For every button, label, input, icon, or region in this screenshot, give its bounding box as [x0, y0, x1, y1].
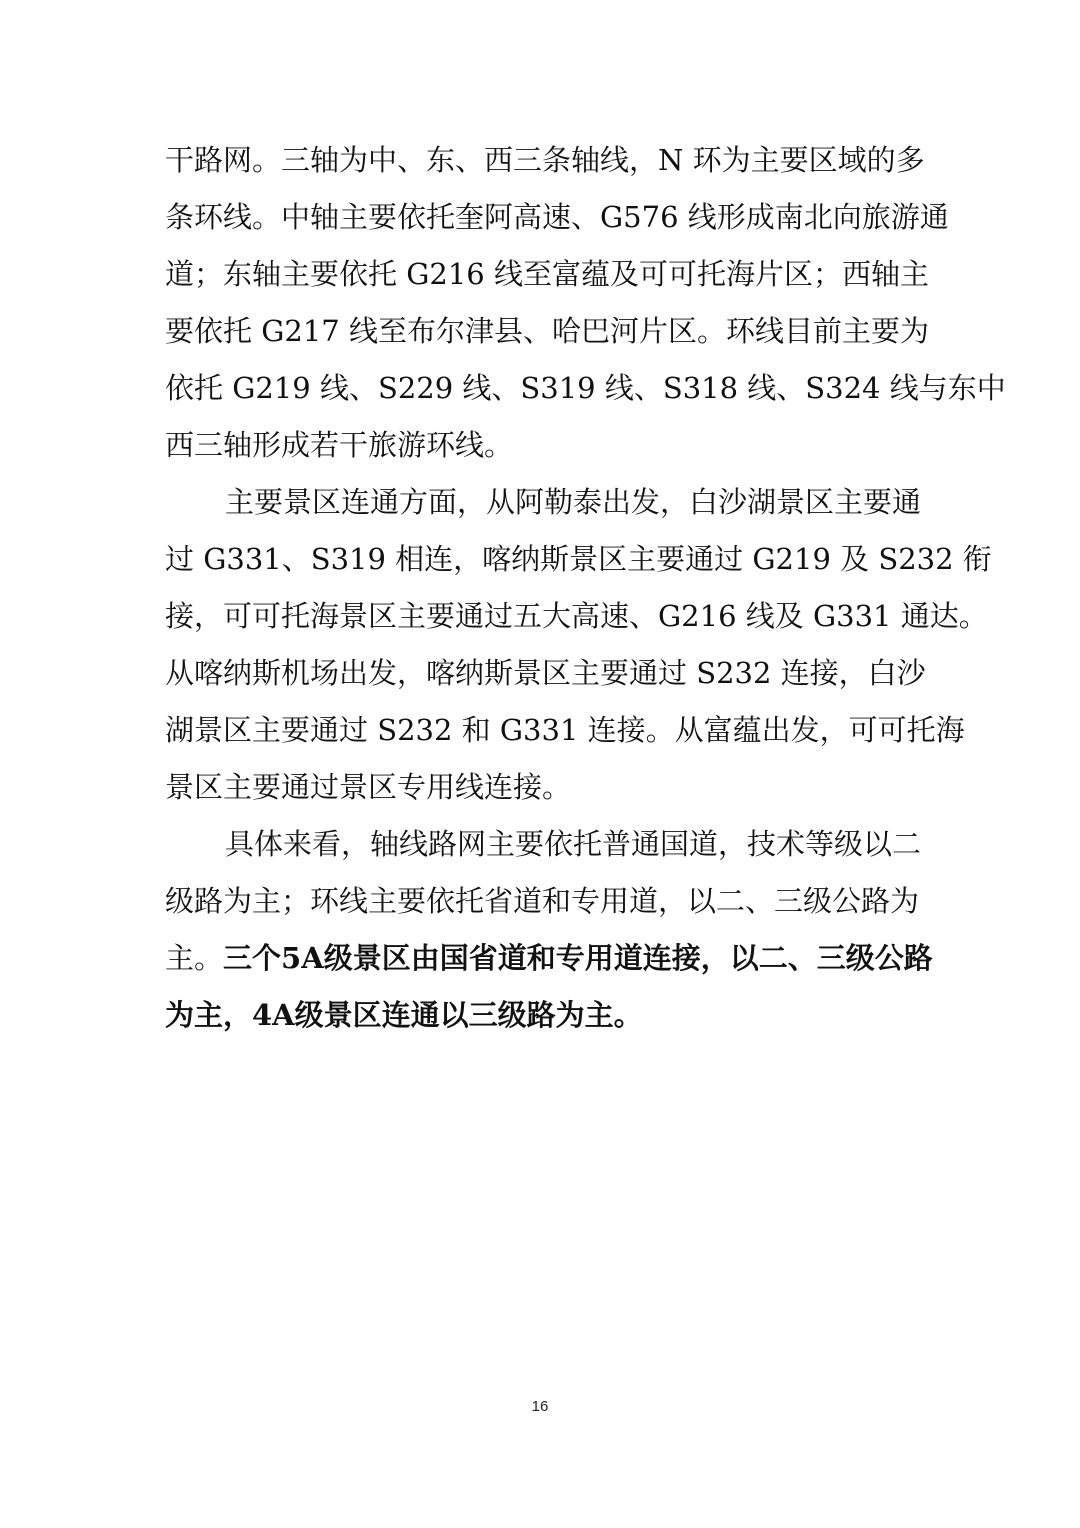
- text-line: 接，可可托海景区主要通过五大高速、G216 线及 G331 通达。: [165, 588, 917, 645]
- text-line: 级路为主；环线主要依托省道和专用道，以二、三级公路为: [165, 873, 917, 930]
- document-page: 干路网。三轴为中、东、西三条轴线，N 环为主要区域的多 条环线。中轴主要依托奎阿…: [0, 0, 1080, 1528]
- text-line: 依托 G219 线、S229 线、S319 线、S318 线、S324 线与东中: [165, 360, 917, 417]
- text-segment: 过 G331、S319 相连，喀纳斯景区主要通过 G219 及 S232 衔: [165, 531, 992, 588]
- text-line: 为主，4A级景区连通以三级路为主。: [165, 987, 917, 1044]
- text-segment: 依托 G219 线、S229 线、S319 线、S318 线、S324 线与东中: [165, 360, 1006, 417]
- text-line: 道；东轴主要依托 G216 线至富蕴及可可托海片区；西轴主: [165, 246, 917, 303]
- text-line: 条环线。中轴主要依托奎阿高速、G576 线形成南北向旅游通: [165, 189, 917, 246]
- text-line: 干路网。三轴为中、东、西三条轴线，N 环为主要区域的多: [165, 132, 917, 189]
- text-segment: 干路网。三轴为中、东、西三条轴线，N 环为主要区域的多: [165, 132, 925, 189]
- text-line: 从喀纳斯机场出发，喀纳斯景区主要通过 S232 连接，白沙: [165, 645, 917, 702]
- text-line: 湖景区主要通过 S232 和 G331 连接。从富蕴出发，可可托海: [165, 702, 917, 759]
- text-segment: 西三轴形成若干旅游环线。: [165, 417, 513, 474]
- bold-text-segment: 三个5A级景区由国省道和专用道连接，以二、三级公路: [223, 930, 933, 987]
- text-segment: 景区主要通过景区专用线连接。: [165, 759, 571, 816]
- page-number: 16: [0, 1398, 1080, 1415]
- text-segment: 从喀纳斯机场出发，喀纳斯景区主要通过 S232 连接，白沙: [165, 645, 926, 702]
- bold-text-segment: 为主，4A级景区连通以三级路为主。: [165, 987, 643, 1044]
- text-segment: 主要景区连通方面，从阿勒泰出发，白沙湖景区主要通: [225, 474, 921, 531]
- text-line: 西三轴形成若干旅游环线。: [165, 417, 917, 474]
- body-text: 干路网。三轴为中、东、西三条轴线，N 环为主要区域的多 条环线。中轴主要依托奎阿…: [165, 132, 917, 1044]
- text-line: 景区主要通过景区专用线连接。: [165, 759, 917, 816]
- text-line: 主要景区连通方面，从阿勒泰出发，白沙湖景区主要通: [165, 474, 917, 531]
- text-segment: 具体来看，轴线路网主要依托普通国道，技术等级以二: [225, 816, 921, 873]
- text-segment: 要依托 G217 线至布尔津县、哈巴河片区。环线目前主要为: [165, 303, 929, 360]
- text-segment: 道；东轴主要依托 G216 线至富蕴及可可托海片区；西轴主: [165, 246, 929, 303]
- text-segment: 湖景区主要通过 S232 和 G331 连接。从富蕴出发，可可托海: [165, 702, 965, 759]
- text-line: 具体来看，轴线路网主要依托普通国道，技术等级以二: [165, 816, 917, 873]
- text-segment: 接，可可托海景区主要通过五大高速、G216 线及 G331 通达。: [165, 588, 988, 645]
- text-segment: 主。: [165, 930, 223, 987]
- text-line: 过 G331、S319 相连，喀纳斯景区主要通过 G219 及 S232 衔: [165, 531, 917, 588]
- text-segment: 条环线。中轴主要依托奎阿高速、G576 线形成南北向旅游通: [165, 189, 949, 246]
- text-segment: 级路为主；环线主要依托省道和专用道，以二、三级公路为: [165, 873, 919, 930]
- text-line: 主。三个5A级景区由国省道和专用道连接，以二、三级公路: [165, 930, 917, 987]
- text-line: 要依托 G217 线至布尔津县、哈巴河片区。环线目前主要为: [165, 303, 917, 360]
